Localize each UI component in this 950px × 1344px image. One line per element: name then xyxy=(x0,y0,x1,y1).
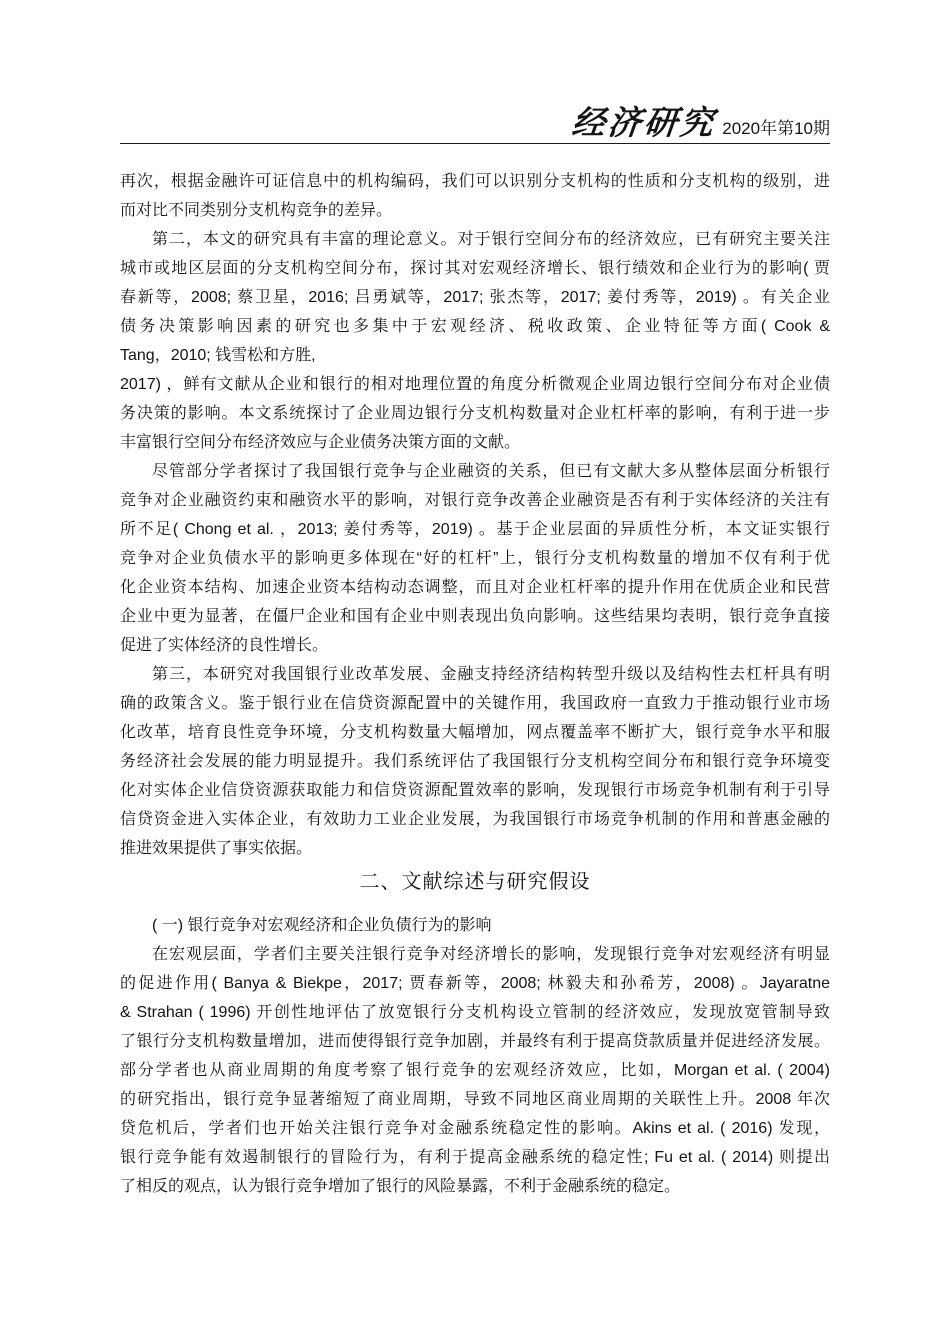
text-line: 而对比不同类别分支机构竞争的差异。 xyxy=(120,196,830,225)
text-line: 尽管部分学者探讨了我国银行竞争与企业融资的关系，但已有文献大多从整体层面分析银行 xyxy=(120,457,830,486)
text-line: 再次，根据金融许可证信息中的机构编码，我们可以识别分支机构的性质和分支机构的级别… xyxy=(120,167,830,196)
text-line: 化企业资本结构、加速企业资本结构动态调整，而且对企业杠杆率的提升作用在优质企业和… xyxy=(120,573,830,602)
text-line: ( 一) 银行竞争对宏观经济和企业负债行为的影响 xyxy=(120,911,830,940)
journal-logo-calligraphy: 经济研究 xyxy=(570,106,718,140)
text-line: 春新等，2008; 蔡卫星，2016; 吕勇斌等，2017; 张杰等，2017;… xyxy=(120,283,830,312)
text-line: 城市或地区层面的分支机构空间分布，探讨其对宏观经济增长、银行绩效和企业行为的影响… xyxy=(120,254,830,283)
issue-label: 2020年第10期 xyxy=(722,120,830,140)
text-line: 第三，本研究对我国银行业改革发展、金融支持经济结构转型升级以及结构性去杠杆具有明 xyxy=(120,660,830,689)
text-line: 促进了实体经济的良性增长。 xyxy=(120,631,830,660)
text-line: 推进效果提供了事实依据。 xyxy=(120,834,830,863)
text-line: 竞争对企业融资约束和融资水平的影响，对银行竞争改善企业融资是否有利于实体经济的关… xyxy=(120,486,830,515)
text-line: 务经济社会发展的能力明显提升。我们系统评估了我国银行分支机构空间分布和银行竞争环… xyxy=(120,747,830,776)
paper-page: 经济研究 2020年第10期 再次，根据金融许可证信息中的机构编码，我们可以识别… xyxy=(0,0,950,1344)
text-line: 债务决策影响因素的研究也多集中于宏观经济、税收政策、企业特征等方面( Cook … xyxy=(120,312,830,341)
text-line: 的促进作用( Banya & Biekpe，2017; 贾春新等，2008; 林… xyxy=(120,969,830,998)
text-line: 第二，本文的研究具有丰富的理论意义。对于银行空间分布的经济效应，已有研究主要关注 xyxy=(120,225,830,254)
text-line: 信贷资金进入实体企业，有效助力工业企业发展，为我国银行市场竞争机制的作用和普惠金… xyxy=(120,805,830,834)
text-line: 所不足( Chong et al. ，2013; 姜付秀等，2019) 。基于企… xyxy=(120,515,830,544)
text-line: 务决策的影响。本文系统探讨了企业周边银行分支机构数量对企业杠杆率的影响，有利于进… xyxy=(120,399,830,428)
text-line: 银行竞争能有效遏制银行的冒险行为，有利于提高金融系统的稳定性; Fu et al… xyxy=(120,1143,830,1172)
text-line: 了银行分支机构数量增加，进而使得银行竞争加剧，并最终有利于提高贷款质量并促进经济… xyxy=(120,1027,830,1056)
text-line: 了相反的观点，认为银行竞争增加了银行的风险暴露，不利于金融系统的稳定。 xyxy=(120,1172,830,1201)
text-line: 竞争对企业负债水平的影响更多体现在“好的杠杆”上，银行分支机构数量的增加不仅有利… xyxy=(120,544,830,573)
text-line: 部分学者也从商业周期的角度考察了银行竞争的宏观经济效应，比如，Morgan et… xyxy=(120,1056,830,1085)
text-line: 2017) ，鲜有文献从企业和银行的相对地理位置的角度分析微观企业周边银行空间分… xyxy=(120,370,830,399)
journal-header: 经济研究 2020年第10期 xyxy=(120,98,830,144)
text-line: 化改革，培育良性竞争环境，分支机构数量大幅增加，网点覆盖率不断扩大，银行竞争水平… xyxy=(120,718,830,747)
text-line: 丰富银行空间分布经济效应与企业债务决策方面的文献。 xyxy=(120,428,830,457)
article-body: 再次，根据金融许可证信息中的机构编码，我们可以识别分支机构的性质和分支机构的级别… xyxy=(120,167,830,1201)
text-line: & Strahan ( 1996) 开创性地评估了放宽银行分支机构设立管制的经济… xyxy=(120,998,830,1027)
text-line: 企业中更为显著，在僵尸企业和国有企业中则表现出负向影响。这些结果均表明，银行竞争… xyxy=(120,602,830,631)
text-line: 的研究指出，银行竞争显著缩短了商业周期，导致不同地区商业周期的关联性上升。200… xyxy=(120,1085,830,1114)
text-line: 确的政策含义。鉴于银行业在信贷资源配置中的关键作用，我国政府一直致力于推动银行业… xyxy=(120,689,830,718)
text-line: 化对实体企业信贷资源获取能力和信贷资源配置效率的影响，发现银行市场竞争机制有利于… xyxy=(120,776,830,805)
text-line: 贷危机后，学者们也开始关注银行竞争对金融系统稳定性的影响。Akins et al… xyxy=(120,1114,830,1143)
text-line: 在宏观层面，学者们主要关注银行竞争对经济增长的影响，发现银行竞争对宏观经济有明显 xyxy=(120,940,830,969)
section-heading: 二、文献综述与研究假设 xyxy=(120,867,830,897)
text-line: Tang，2010; 钱雪松和方胜, xyxy=(120,341,830,370)
